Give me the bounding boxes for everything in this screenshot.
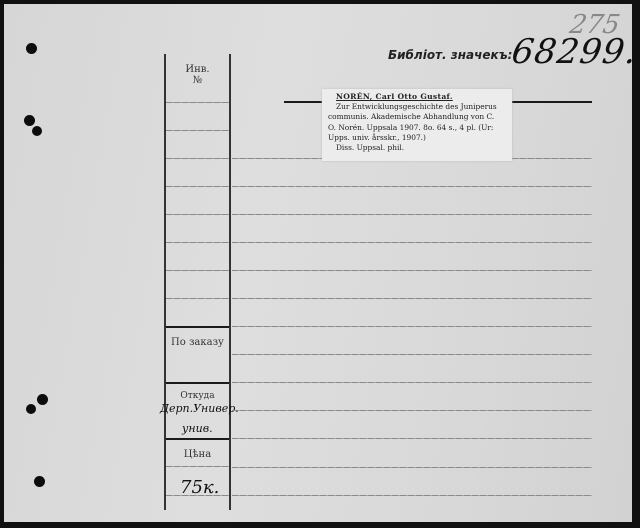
rule-line xyxy=(232,298,592,299)
rule-line xyxy=(232,410,592,411)
library-mark-label: Библіот. значекъ: xyxy=(388,48,512,62)
rule-line xyxy=(232,382,592,383)
number-sign: № xyxy=(166,75,229,86)
rule-line xyxy=(166,495,229,496)
rule-line xyxy=(232,354,592,355)
section-divider xyxy=(166,438,229,440)
section-divider xyxy=(166,382,229,384)
rule-line xyxy=(166,270,229,271)
clipping-line: Upps. univ. årsskr., 1907.) xyxy=(328,133,506,143)
clipping-line: Diss. Uppsal. phil. xyxy=(328,143,506,153)
rule-line xyxy=(166,466,229,467)
rule-line xyxy=(166,242,229,243)
inventory-header: Инв. № xyxy=(166,64,229,86)
rule-line xyxy=(166,298,229,299)
bibliographic-clipping: NORÉN, Carl Otto Gustaf. Zur Entwicklung… xyxy=(322,89,512,161)
rule-line xyxy=(166,130,229,131)
rule-line xyxy=(232,270,592,271)
otkuda-value-line2: унив. xyxy=(182,422,213,435)
section-divider xyxy=(166,326,229,328)
rule-line xyxy=(232,467,592,468)
rule-line xyxy=(166,186,229,187)
inventory-label: Инв. xyxy=(166,64,229,75)
punch-hole-icon xyxy=(34,476,45,487)
otkuda-label: Откуда xyxy=(166,391,229,401)
punch-hole-icon xyxy=(26,43,37,54)
punch-hole-icon xyxy=(32,126,42,136)
punch-hole-icon xyxy=(37,394,48,405)
library-mark-number: 68299. xyxy=(509,32,640,72)
rule-line xyxy=(232,242,592,243)
clipping-line: O. Norén. Uppsala 1907. 8o. 64 s., 4 pl.… xyxy=(328,123,506,133)
column-divider-right xyxy=(229,54,231,510)
column-divider-left xyxy=(164,54,166,510)
rule-line xyxy=(166,102,229,103)
rule-line xyxy=(232,186,592,187)
rule-line xyxy=(232,438,592,439)
rule-line xyxy=(232,214,592,215)
rule-line xyxy=(232,495,592,496)
catalog-card: 275 Библіот. значекъ: 68299. Инв. № По з… xyxy=(4,4,632,522)
po-zakazu-label: По заказу xyxy=(166,337,229,348)
cena-label: Цѣна xyxy=(166,449,229,460)
clipping-line: communis. Akademische Abhandlung von C. xyxy=(328,112,506,122)
punch-hole-icon xyxy=(26,404,36,414)
punch-hole-icon xyxy=(24,115,35,126)
rule-line xyxy=(166,214,229,215)
rule-line xyxy=(166,158,229,159)
rule-line xyxy=(232,326,592,327)
clipping-line: Zur Entwicklungsgeschichte des Juniperus xyxy=(328,102,506,112)
clipping-author: NORÉN, Carl Otto Gustaf. xyxy=(336,92,506,102)
otkuda-value-line1: Дерп.Универ. xyxy=(160,402,239,415)
